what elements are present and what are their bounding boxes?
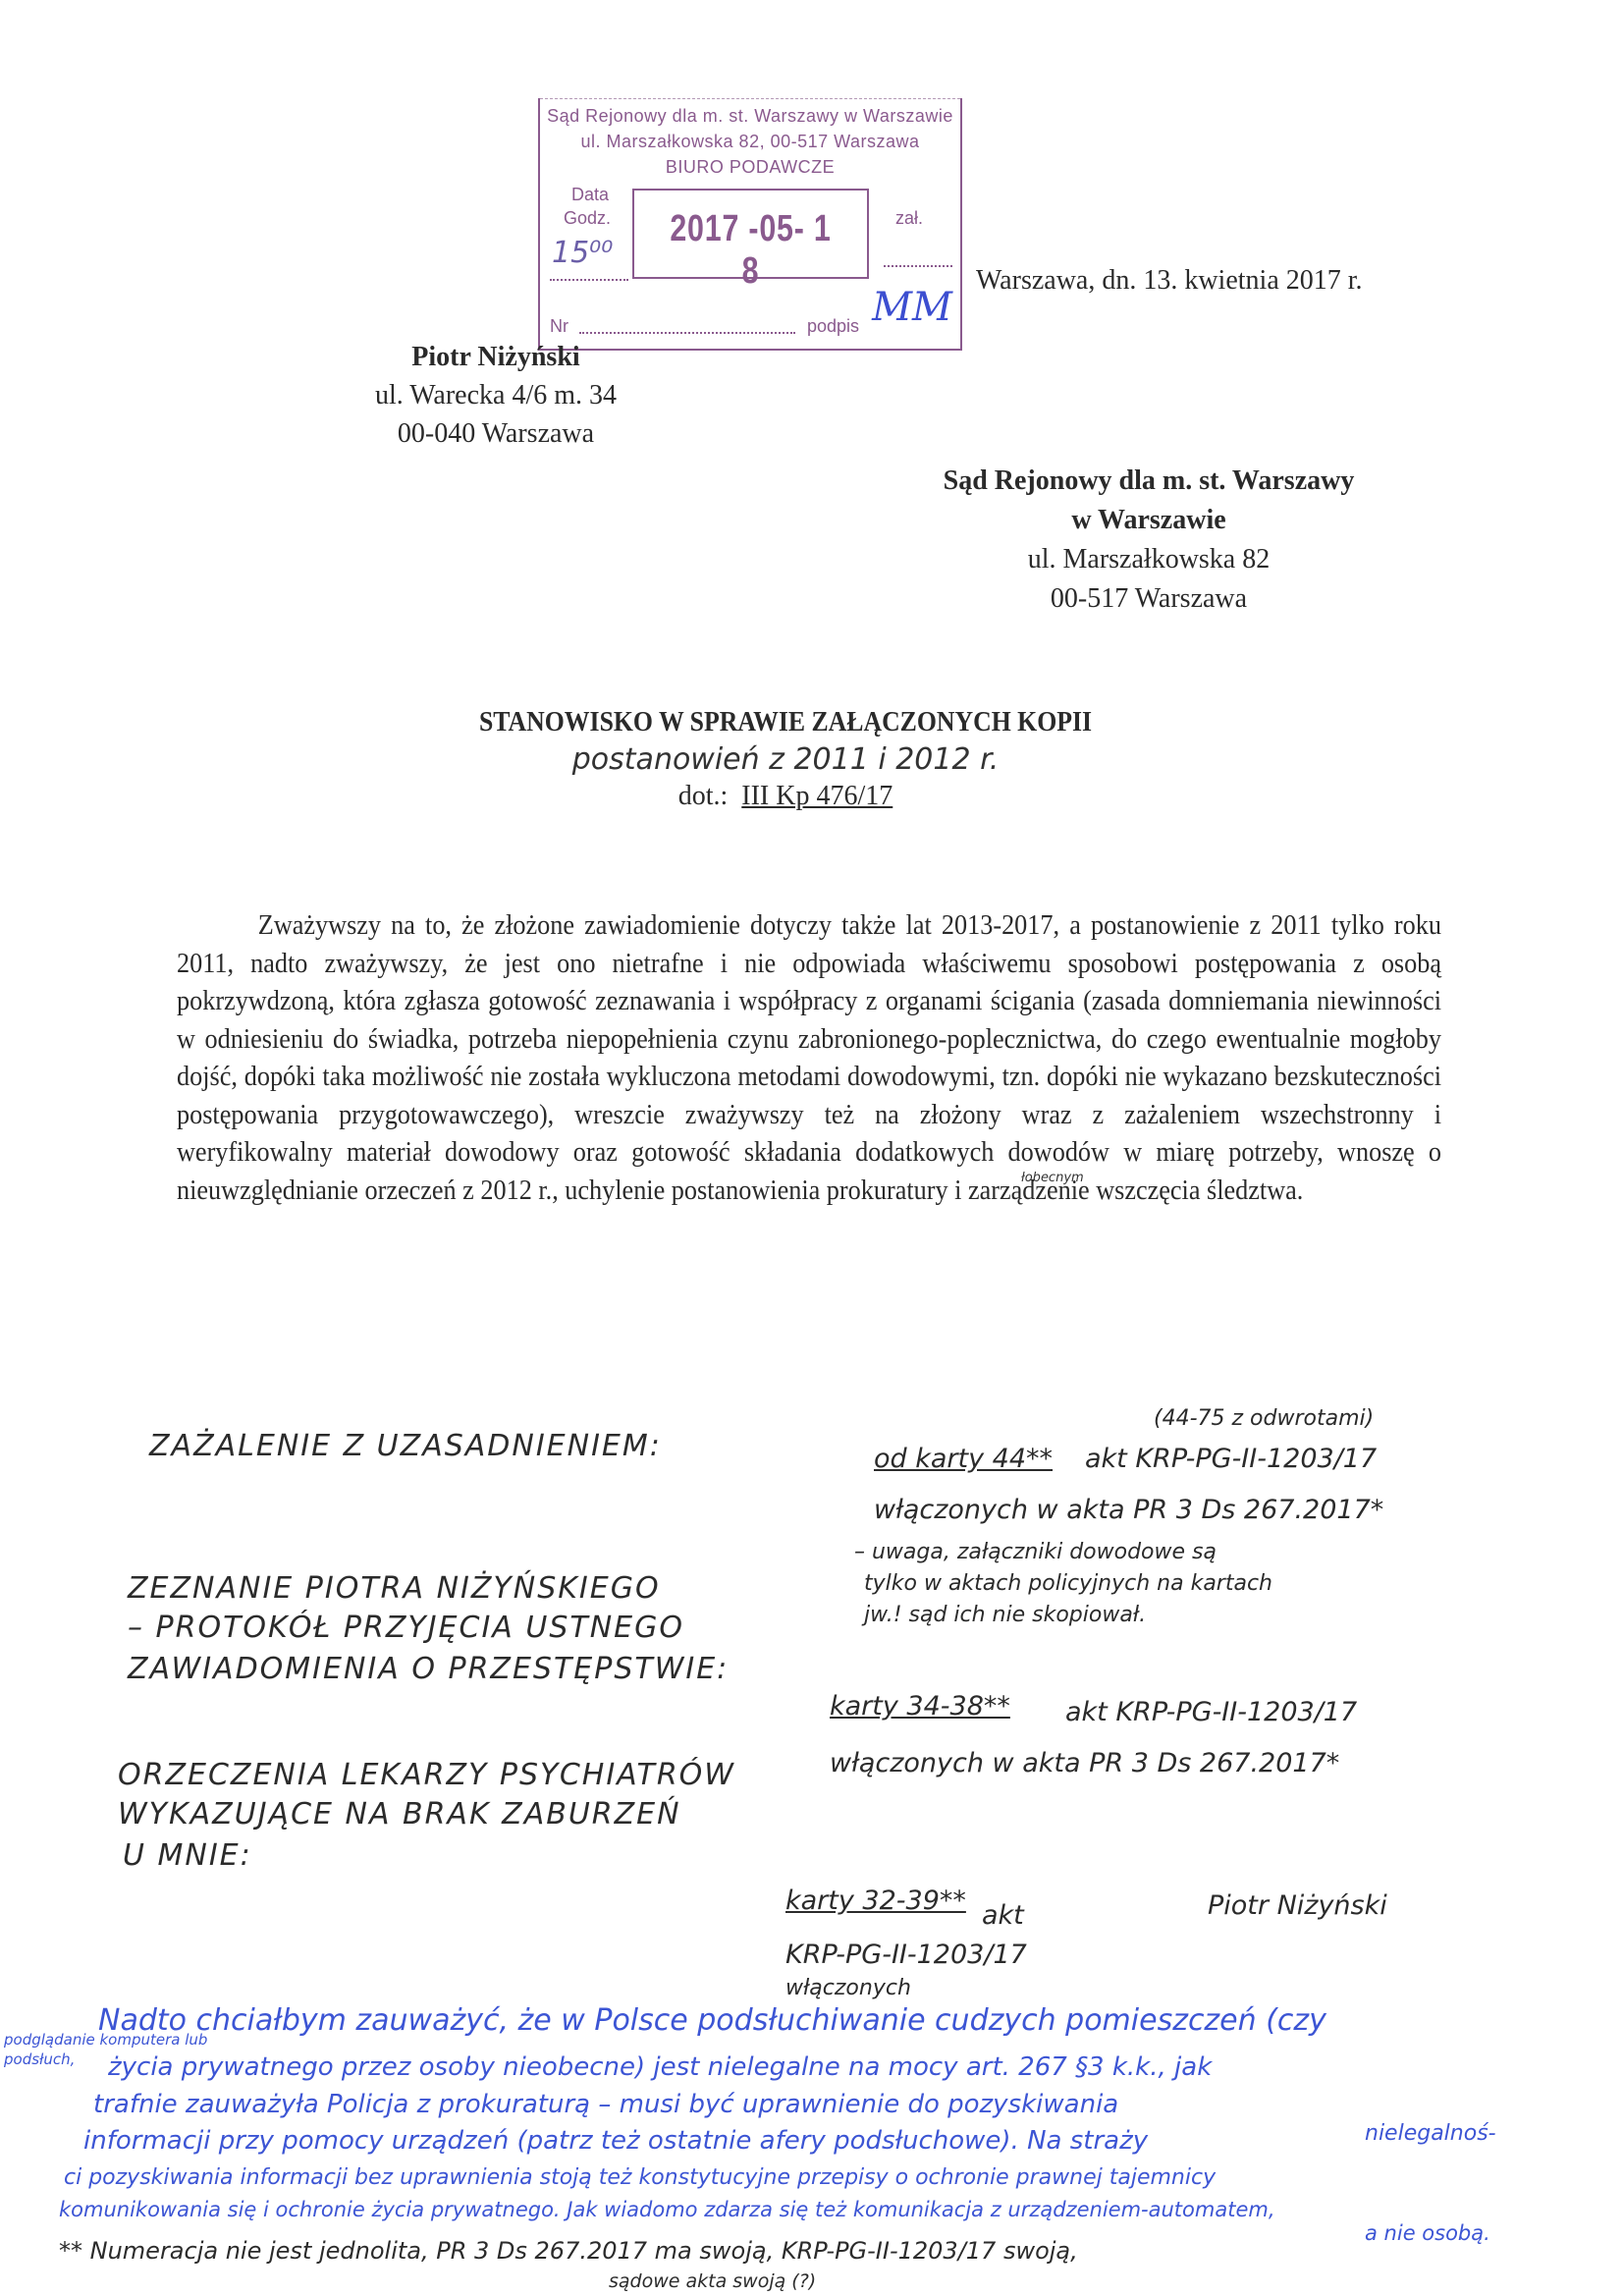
stamp-top-edge <box>540 98 960 100</box>
hw-psych-label-3: U MNIE: <box>123 1838 252 1873</box>
stamp-dotted-line <box>579 332 795 334</box>
blue-note-line-6-extra: a nie osobą. <box>1365 2221 1490 2245</box>
body-interlinear-insert: łobecnym <box>1021 1171 1084 1185</box>
stamp-label-time: Godz. <box>564 208 611 229</box>
stamp-address: ul. Marszałkowska 82, 00-517 Warszawa <box>540 132 960 152</box>
hw-psych-ref-2: KRP-PG-II-1203/17 <box>785 1940 1027 1970</box>
hw-signature: Piotr Niżyński <box>1208 1890 1387 1921</box>
blue-margin-note-2: podsłuch, <box>4 2050 75 2068</box>
recipient-line-2: w Warszawie <box>884 501 1414 540</box>
stamp-label-attachments: zał. <box>895 208 923 229</box>
hw-testimony-label-3: ZAWIADOMIENIA O PRZESTĘPSTWIE: <box>128 1652 729 1686</box>
sender-block: Piotr Niżyński ul. Warecka 4/6 m. 34 00-… <box>334 338 658 453</box>
hw-complaint-pages-note: (44-75 z odwrotami) <box>1154 1406 1374 1431</box>
sender-city: 00-040 Warszawa <box>334 414 658 453</box>
blue-note-line-3: trafnie zauważyła Policja z prokuraturą … <box>93 2090 1118 2119</box>
stamp-label-date: Data <box>571 185 609 205</box>
footnote: ** Numeracja nie jest jednolita, PR 3 Ds… <box>59 2237 1078 2265</box>
blue-note-line-1: Nadto chciałbym zauważyć, że w Polsce po… <box>98 2003 1326 2038</box>
recipient-line-1: Sąd Rejonowy dla m. st. Warszawy <box>884 462 1414 501</box>
recipient-block: Sąd Rejonowy dla m. st. Warszawy w Warsz… <box>884 462 1414 619</box>
stamp-dotted-line <box>884 265 952 267</box>
hw-testimony-label-1: ZEZNANIE PIOTRA NIŻYŃSKIEGO <box>128 1571 661 1606</box>
stamp-handwritten-time: 15⁰⁰ <box>552 236 613 270</box>
hw-complaint-label: ZAŻALENIE Z UZASADNIENIEM: <box>149 1429 662 1463</box>
sender-name: Piotr Niżyński <box>334 338 658 376</box>
hw-psych-included: włączonych <box>785 1976 911 2000</box>
reference-label: dot.: <box>678 781 729 811</box>
hw-testimony-pages: karty 34-38** <box>830 1691 1010 1722</box>
hw-complaint-included: włączonych w akta PR 3 Ds 267.2017* <box>874 1495 1383 1525</box>
hw-complaint-pages: od karty 44** <box>874 1444 1053 1474</box>
hw-psych-pages: karty 32-39** <box>785 1886 966 1916</box>
hw-testimony-included: włączonych w akta PR 3 Ds 267.2017* <box>830 1748 1339 1778</box>
hw-psych-ref-1: akt <box>982 1900 1024 1931</box>
place-date: Warszawa, dn. 13. kwietnia 2017 r. <box>976 265 1363 297</box>
title-handwritten-addition: postanowień z 2011 i 2012 r. <box>295 742 1276 777</box>
hw-psych-label-1: ORZECZENIA LEKARZY PSYCHIATRÓW <box>118 1758 735 1792</box>
blue-note-line-4: informacji przy pomocy urządzeń (patrz t… <box>83 2126 1148 2156</box>
recipient-city: 00-517 Warszawa <box>884 579 1414 619</box>
court-receipt-stamp: Sąd Rejonowy dla m. st. Warszawy w Warsz… <box>538 98 962 351</box>
stamp-signature: MM <box>872 285 952 330</box>
hw-complaint-ref: akt KRP-PG-II-1203/17 <box>1085 1444 1377 1474</box>
sender-street: ul. Warecka 4/6 m. 34 <box>334 376 658 414</box>
hw-attachments-note-1: – uwaga, załączniki dowodowe są <box>854 1540 1217 1564</box>
stamp-court-name: Sąd Rejonowy dla m. st. Warszawy w Warsz… <box>540 106 960 127</box>
hw-testimony-ref: akt KRP-PG-II-1203/17 <box>1065 1697 1357 1727</box>
hw-psych-label-2: WYKAZUJĄCE NA BRAK ZABURZEŃ <box>118 1797 681 1831</box>
hw-attachments-note-2: tylko w aktach policyjnych na kartach <box>864 1571 1272 1596</box>
stamp-label-number: Nr <box>550 316 568 337</box>
hw-testimony-label-2: – PROTOKÓŁ PRZYJĘCIA USTNEGO <box>128 1611 684 1645</box>
footnote-continued: sądowe akta swoją (?) <box>609 2270 816 2292</box>
hw-attachments-note-3: jw.! sąd ich nie skopiował. <box>864 1603 1146 1627</box>
blue-note-line-5: ci pozyskiwania informacji bez uprawnien… <box>64 2165 1216 2190</box>
document-title: STANOWISKO W SPRAWIE ZAŁĄCZONYCH KOPII <box>334 707 1237 738</box>
stamp-office: BIURO PODAWCZE <box>540 157 960 178</box>
body-paragraph: Zważywszy na to, że złożone zawiadomieni… <box>177 907 1441 1210</box>
recipient-street: ul. Marszałkowska 82 <box>884 540 1414 579</box>
blue-note-line-2: życia prywatnego przez osoby nieobecne) … <box>108 2052 1212 2082</box>
case-reference: dot.: III Kp 476/17 <box>295 781 1276 812</box>
stamp-date-box: 2017 -05- 1 8 <box>632 189 869 279</box>
blue-note-line-6: komunikowania się i ochronie życia prywa… <box>59 2198 1275 2221</box>
blue-note-line-3-extra: nielegalnoś- <box>1365 2121 1496 2146</box>
stamp-label-signature: podpis <box>807 316 859 337</box>
reference-value: III Kp 476/17 <box>741 781 893 811</box>
stamp-dotted-line <box>550 279 628 281</box>
stamp-date-value: 2017 -05- 1 8 <box>658 208 844 293</box>
